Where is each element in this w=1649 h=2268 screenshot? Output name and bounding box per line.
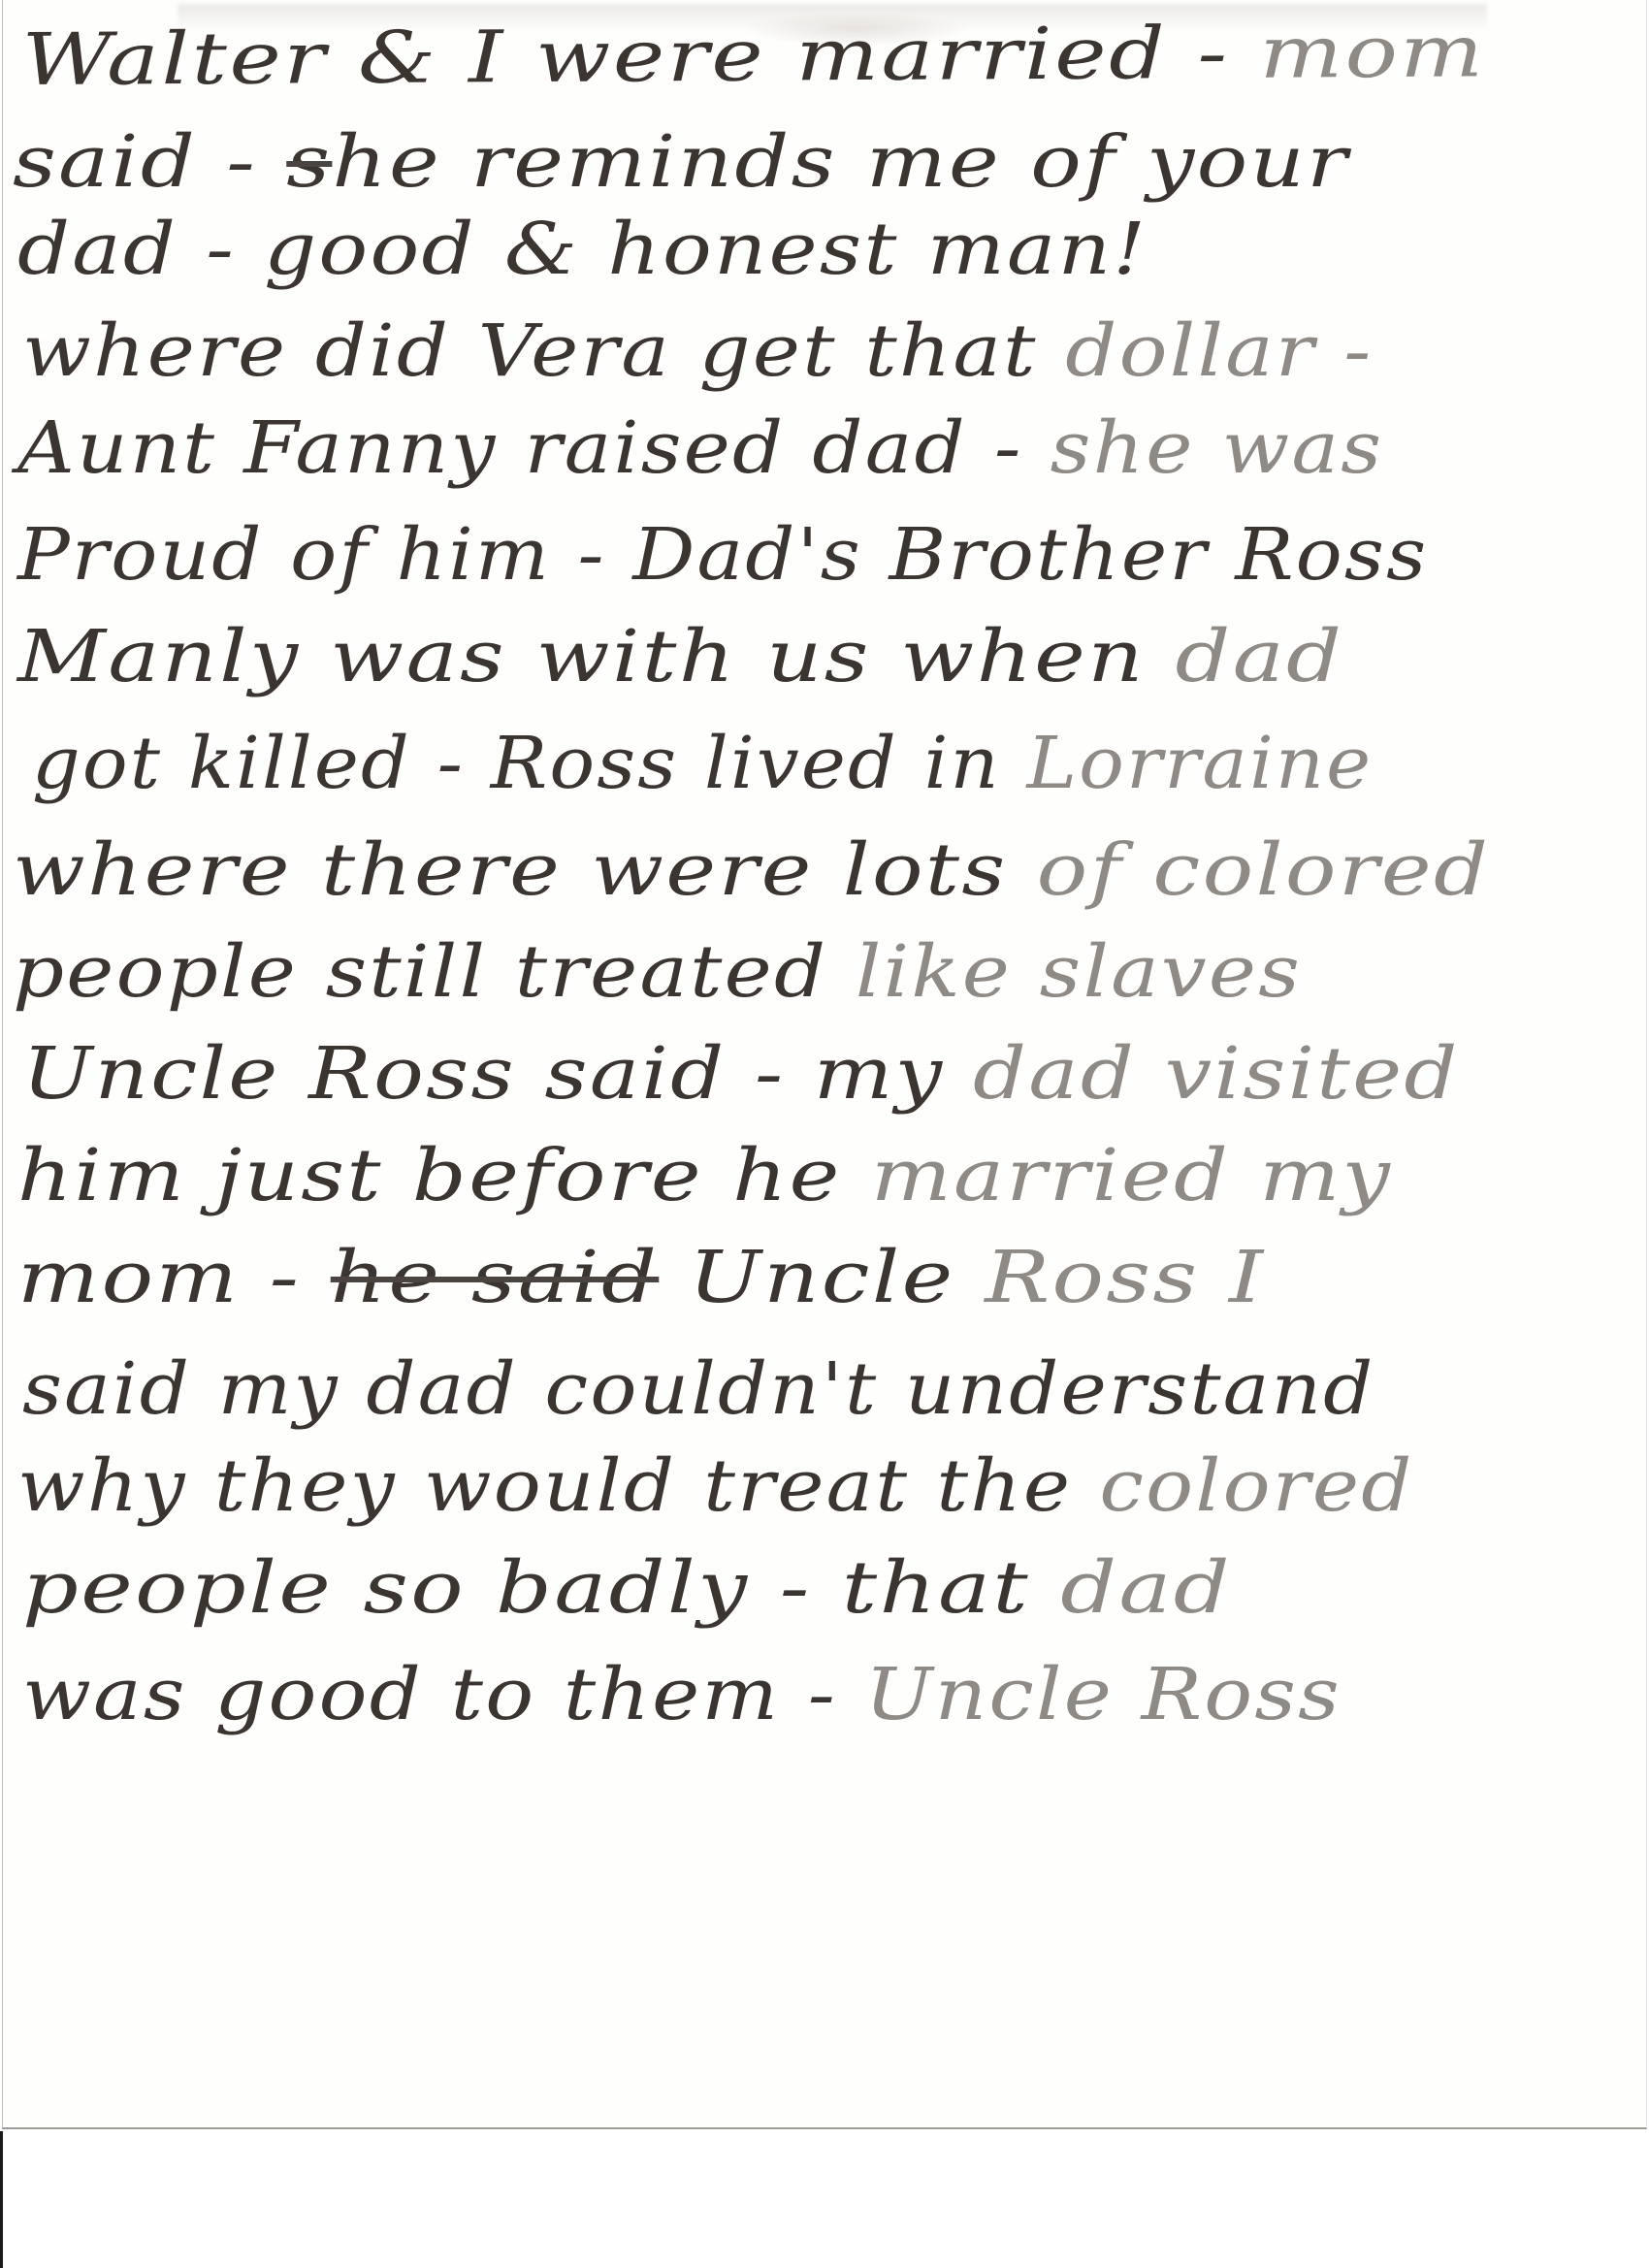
handwritten-line-10: people still treated like slaves — [13, 936, 1302, 1008]
line-text: why they would treat the — [17, 1444, 1099, 1528]
handwritten-line-17: was good to them - Uncle Ross — [22, 1659, 1342, 1731]
handwritten-line-7: Manly was with us when dad — [17, 621, 1343, 693]
handwritten-line-1: Walter & I were married - mom — [21, 16, 1485, 96]
line-text: where there were lots — [13, 828, 1037, 912]
line-text-faint: married my — [871, 1134, 1392, 1217]
handwritten-line-5: Aunt Fanny raised dad - she was — [17, 412, 1383, 484]
line-text: said my dad couldn't understand — [22, 1347, 1374, 1431]
line-text: people so badly - that — [22, 1546, 1060, 1630]
line-text-faint: dad — [1175, 615, 1343, 698]
line-text: where did Vera get that — [22, 309, 1065, 393]
handwritten-line-11: Uncle Ross said - my dad visited — [22, 1038, 1460, 1110]
line-text: Uncle Ross said - my — [22, 1032, 973, 1116]
scanned-paper-page: Walter & I were married - mom said - she… — [2, 0, 1647, 2129]
line-text-faint: like slaves — [856, 930, 1302, 1014]
scanner-edge-line — [0, 2131, 3, 2268]
line-text: mom - — [17, 1236, 331, 1319]
line-text-faint: Ross I — [985, 1236, 1265, 1319]
line-text: got killed - Ross lived in — [32, 722, 1026, 805]
handwritten-line-4: where did Vera get that dollar - — [22, 315, 1374, 387]
line-text: he reminds me of your — [332, 120, 1349, 204]
handwritten-line-8: got killed - Ross lived in Lorraine — [32, 728, 1373, 799]
line-text-faint: Lorraine — [1026, 722, 1373, 805]
line-text-faint: of colored — [1037, 828, 1491, 912]
line-text-faint: mom — [1259, 10, 1486, 94]
line-text: Uncle — [659, 1236, 985, 1319]
handwritten-line-9: where there were lots of colored — [13, 834, 1490, 906]
handwritten-line-14: said my dad couldn't understand — [22, 1353, 1374, 1425]
handwritten-line-3: dad - good & honest man! — [17, 213, 1148, 285]
line-text: was good to them - — [22, 1653, 865, 1736]
line-text: him just before he — [17, 1134, 871, 1217]
line-text-faint: she was — [1051, 406, 1384, 490]
line-text-faint: Uncle Ross — [865, 1653, 1342, 1736]
line-text: said - — [13, 120, 286, 204]
line-text: Manly was with us when — [17, 615, 1175, 698]
handwritten-line-15: why they would treat the colored — [17, 1450, 1414, 1522]
line-text-faint: colored — [1099, 1444, 1413, 1528]
line-text-faint: dad — [1060, 1546, 1232, 1630]
handwritten-line-13: mom - he said Uncle Ross I — [17, 1242, 1265, 1313]
handwritten-line-6: Proud of him - Dad's Brother Ross — [17, 519, 1428, 591]
line-text: people still treated — [13, 930, 856, 1014]
line-text: Aunt Fanny raised dad - — [17, 406, 1051, 490]
line-text: Proud of him - Dad's Brother Ross — [17, 513, 1428, 597]
struck-through-text: he said — [331, 1236, 660, 1319]
handwritten-line-16: people so badly - that dad — [22, 1552, 1232, 1624]
handwritten-line-12: him just before he married my — [17, 1140, 1392, 1212]
handwritten-line-2: said - she reminds me of your — [13, 126, 1349, 198]
line-text-faint: dad visited — [973, 1032, 1460, 1116]
scanner-background — [0, 2131, 1649, 2268]
line-text: dad - good & honest man! — [17, 208, 1148, 291]
line-text-faint: dollar - — [1065, 309, 1373, 393]
line-text: Walter & I were married - — [21, 12, 1259, 102]
struck-through-text: s — [286, 120, 332, 204]
